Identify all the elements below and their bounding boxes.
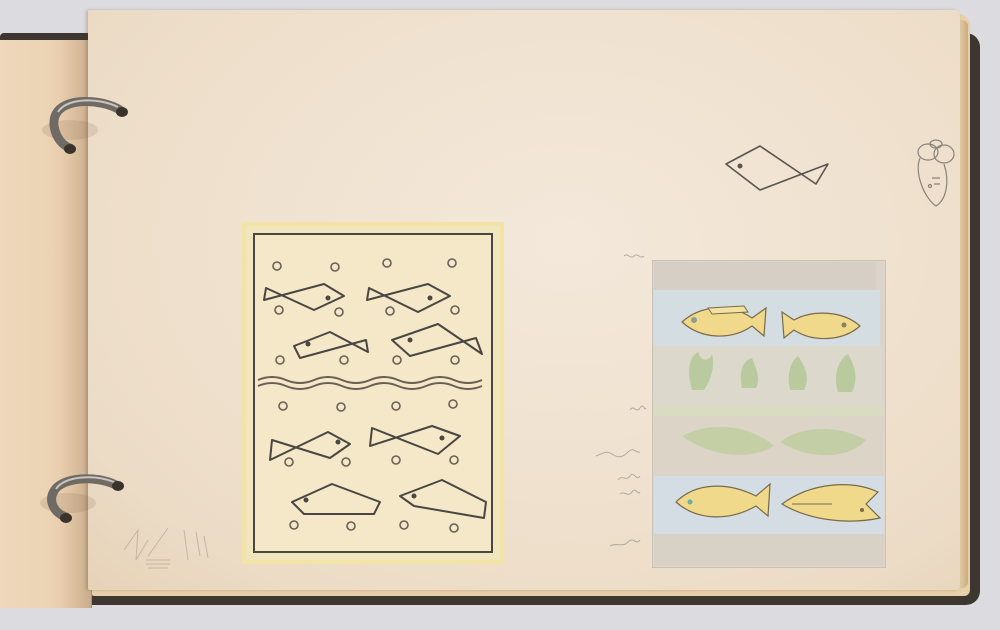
pencil-annotations [590, 250, 650, 560]
yellow-fish-pattern-panel [242, 222, 504, 564]
faint-corner-scribble [118, 520, 228, 572]
small-fish-sketch [720, 140, 835, 198]
colored-fish-panel [652, 260, 886, 568]
top-ring-icon [40, 92, 140, 162]
small-face-doodle [910, 138, 962, 212]
